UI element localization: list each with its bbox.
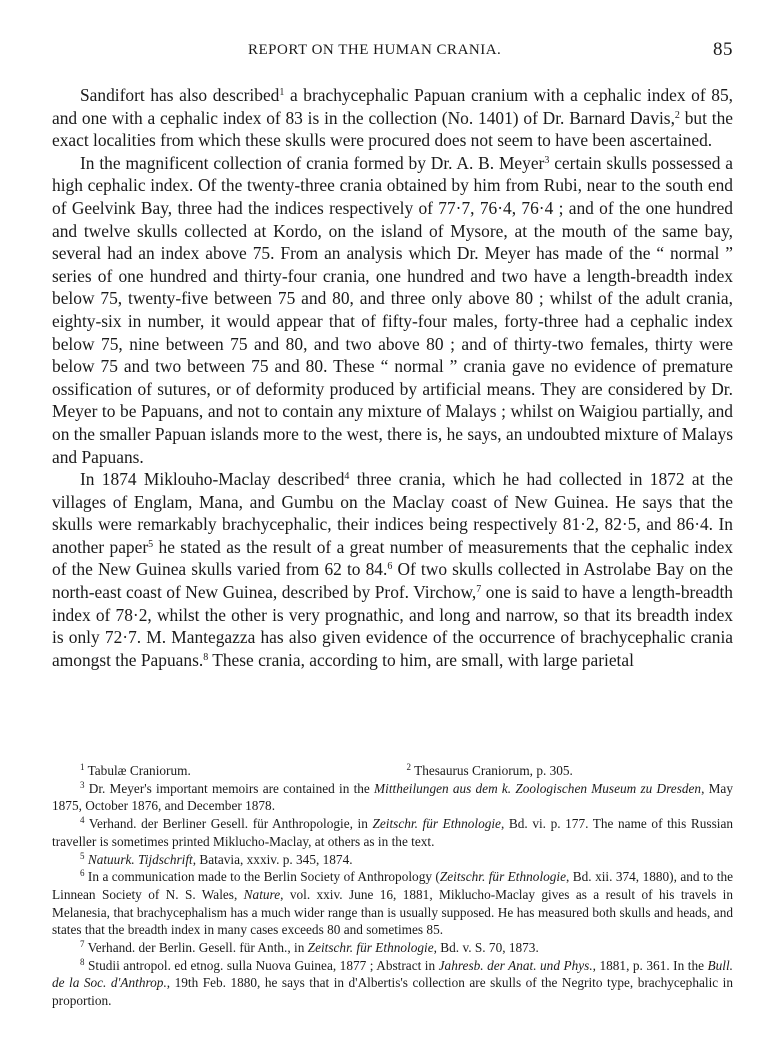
paragraph-miklouho-maclay: In 1874 Miklouho-Maclay described4 three… xyxy=(52,468,733,671)
paragraph-sandifort: Sandifort has also described1 a brachyce… xyxy=(52,84,733,152)
footnote-3: 3 Dr. Meyer's important memoirs are cont… xyxy=(52,780,733,815)
footnote-4: 4 Verhand. der Berliner Gesell. für Anth… xyxy=(52,815,733,850)
footnote-6: 6 In a communication made to the Berlin … xyxy=(52,868,733,939)
page-number: 85 xyxy=(713,39,733,61)
text-span: In 1874 Miklouho-Maclay described xyxy=(80,469,344,489)
footnote-1: 1 Tabulæ Craniorum. xyxy=(80,762,407,780)
text-span: Tabulæ Craniorum. xyxy=(85,763,191,778)
italic-title: Jahresb. der Anat. und Phys. xyxy=(439,958,593,973)
text-span: Verhand. der Berlin. Gesell. für Anth., … xyxy=(85,940,308,955)
italic-title: Zeitschr. für Ethnologie xyxy=(372,816,501,831)
footnote-2: 2 Thesaurus Craniorum, p. 305. xyxy=(407,762,734,780)
text-span: , Batavia, xxxiv. p. 345, 1874. xyxy=(193,852,353,867)
text-span: These crania, according to him, are smal… xyxy=(208,650,634,670)
italic-title: Mittheilungen aus dem k. Zoologischen Mu… xyxy=(374,781,701,796)
italic-title: Natuurk. Tijdschrift xyxy=(85,852,193,867)
footnote-row-1-2: 1 Tabulæ Craniorum. 2 Thesaurus Cranioru… xyxy=(52,762,733,780)
footnotes: 1 Tabulæ Craniorum. 2 Thesaurus Cranioru… xyxy=(52,762,733,1010)
text-span: Dr. Meyer's important memoirs are contai… xyxy=(85,781,375,796)
footnote-7: 7 Verhand. der Berlin. Gesell. für Anth.… xyxy=(52,939,733,957)
footnote-5: 5 Natuurk. Tijdschrift, Batavia, xxxiv. … xyxy=(52,851,733,869)
text-span: , 1881, p. 361. In the xyxy=(593,958,708,973)
footnote-8: 8 Studii antropol. ed etnog. sulla Nuova… xyxy=(52,957,733,1010)
text-span: , Bd. v. S. 70, 1873. xyxy=(434,940,539,955)
running-head-title: REPORT ON THE HUMAN CRANIA. xyxy=(248,42,501,59)
text-span: certain skulls possessed a high cephalic… xyxy=(52,153,733,467)
italic-title: Zeitschr. für Ethnologie xyxy=(440,869,566,884)
text-span: Thesaurus Craniorum, p. 305. xyxy=(411,763,573,778)
text-span: Verhand. der Berliner Gesell. für Anthro… xyxy=(85,816,373,831)
paragraph-meyer: In the magnificent collection of crania … xyxy=(52,152,733,468)
text-span: In the magnificent collection of crania … xyxy=(80,153,544,173)
text-span: Sandifort has also described xyxy=(80,85,279,105)
running-head: REPORT ON THE HUMAN CRANIA. 85 xyxy=(52,42,733,64)
italic-title: Nature xyxy=(244,887,280,902)
text-span: In a communication made to the Berlin So… xyxy=(85,869,440,884)
text-span: Studii antropol. ed etnog. sulla Nuova G… xyxy=(85,958,439,973)
body-text: Sandifort has also described1 a brachyce… xyxy=(52,84,733,671)
italic-title: Zeitschr. für Ethnologie xyxy=(308,940,434,955)
